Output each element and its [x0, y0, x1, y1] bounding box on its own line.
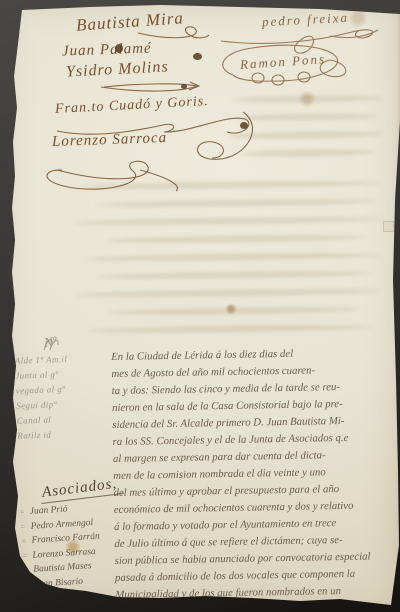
- list-dash-mark: =: [22, 549, 33, 564]
- list-dash-mark: =: [23, 563, 34, 578]
- bleedthrough-line: [96, 198, 376, 208]
- asociado-name: =Juan Bisario: [24, 574, 103, 593]
- photograph-background: Bautista Mira pedro freixa Juan Palamé R…: [0, 0, 400, 612]
- bleedthrough-line: [76, 288, 380, 298]
- bleedthrough-line: [228, 131, 383, 139]
- bleedthrough-line: [80, 180, 380, 190]
- list-dash-mark: =: [24, 578, 35, 593]
- bleedthrough-line: [238, 113, 378, 121]
- asociados-list: =Juan Prió =Pedro Armengol =Francisco Fa…: [19, 501, 103, 593]
- list-dash-mark: =: [21, 534, 32, 549]
- list-dash-mark: =: [19, 505, 30, 520]
- bleedthrough-line: [88, 324, 372, 334]
- asociados-heading: Asociados,: [39, 475, 124, 504]
- bleedthrough-line: [72, 216, 382, 226]
- signature-ysidro-molins: Ysidro Molins: [66, 58, 169, 81]
- bleedthrough-line: [108, 306, 358, 315]
- signature-lorenzo-sarroca: Lorenzo Sarroca: [52, 130, 168, 151]
- margin-number-mark: Nº: [43, 333, 58, 351]
- margin-note: Alde 1º Am.il Junta al gº vegada al gº S…: [14, 350, 117, 443]
- bleedthrough-line: [104, 234, 366, 244]
- bleedthrough-line: [96, 270, 370, 280]
- signature-ramon-pons: Ramon Pons: [240, 51, 327, 73]
- signature-pedro-freixa: pedro freixa: [262, 10, 350, 31]
- ink-blot: [240, 122, 248, 129]
- act-body-paragraph: En la Ciudad de Lérida á los diez dias d…: [111, 344, 400, 604]
- ink-blot: [115, 44, 123, 53]
- list-dash-mark: =: [20, 519, 31, 534]
- signature-francisco-cuado: Fran.to Cuadó y Goris.: [55, 94, 209, 118]
- signature-juan-palame: Juan Palamé: [62, 40, 152, 60]
- manuscript-page: Bautista Mira pedro freixa Juan Palamé R…: [0, 0, 400, 612]
- archive-stamp-mark: [383, 221, 394, 232]
- margin-note-line: Ratilz id: [17, 425, 117, 443]
- manuscript-line: Municipalidad y de los que fueron nombra…: [115, 582, 400, 604]
- ink-blot: [193, 53, 202, 60]
- signature-bautista-mira: Bautista Mira: [75, 8, 184, 35]
- bleedthrough-line: [232, 95, 382, 103]
- ink-blot: [181, 84, 187, 89]
- bleedthrough-line: [84, 252, 380, 262]
- bleedthrough-line: [240, 149, 375, 157]
